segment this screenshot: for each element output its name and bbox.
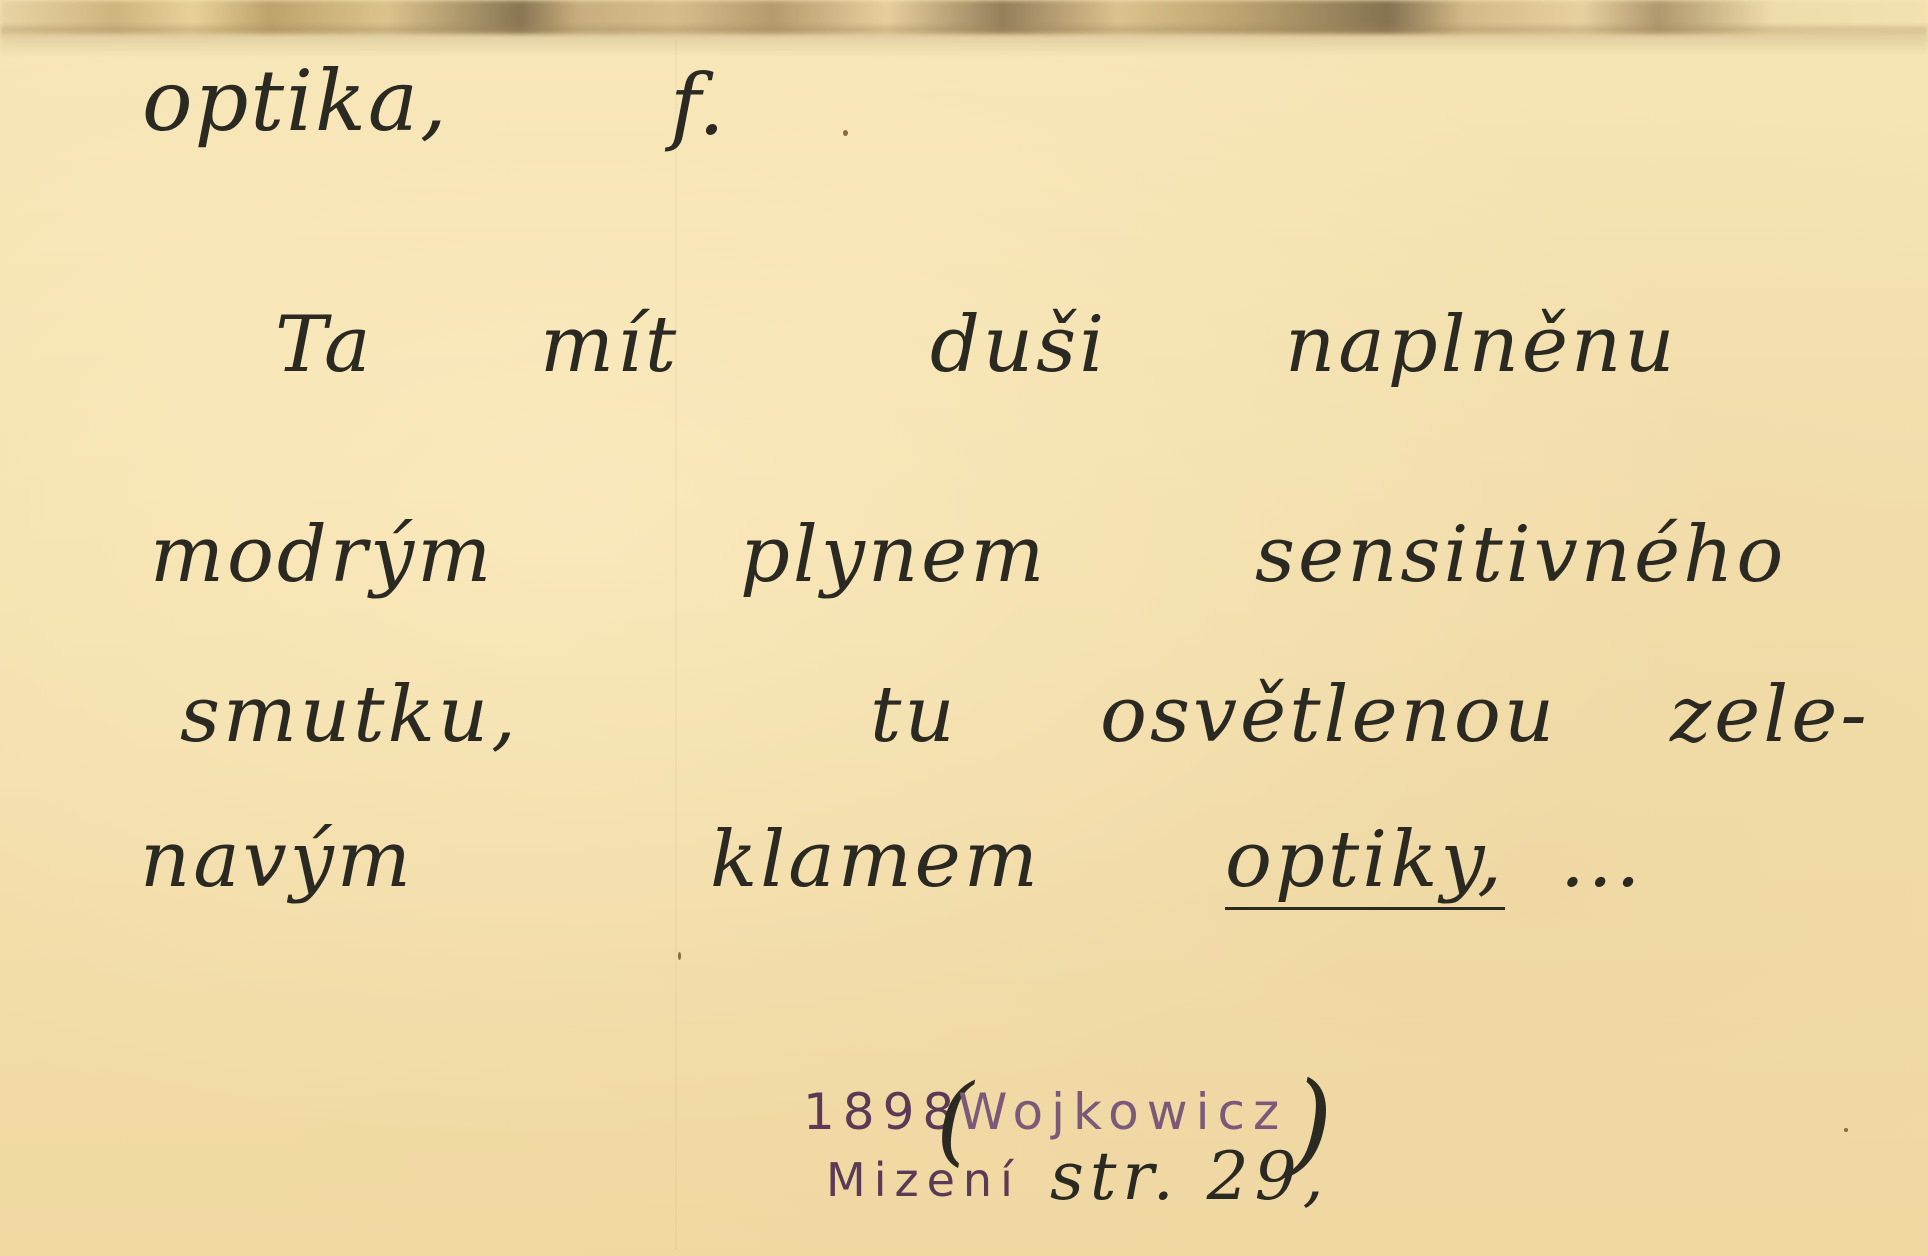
quote-word: Ta [275, 300, 373, 390]
dictionary-slip: optika, f. Ta mít duši naplněnu modrým p… [0, 0, 1928, 1256]
ink-speck [1844, 1128, 1848, 1132]
quote-word: naplněnu [1285, 300, 1677, 390]
quote-word: plynem [740, 510, 1047, 600]
quote-word: mít [540, 300, 679, 390]
gender-label: f. [670, 56, 725, 154]
quote-word: modrým [150, 510, 494, 600]
quote-word: navým [140, 815, 414, 905]
quote-word: osvětlenou [1100, 670, 1557, 760]
quote-word: sensitivného [1255, 510, 1786, 600]
ink-speck [678, 952, 681, 960]
quote-word: duši [930, 300, 1107, 390]
quote-word-underlined: optiky, [1225, 815, 1505, 910]
quote-word: smutku, [180, 670, 519, 760]
stamp-work-title: Mizení [826, 1153, 1021, 1207]
paper-fold-line [675, 40, 677, 1250]
quote-word: zele- [1670, 670, 1870, 760]
ink-speck [843, 130, 848, 136]
stamp-author: Wojkowicz [958, 1083, 1287, 1141]
quote-word: tu [870, 670, 958, 760]
card-top-shadow-strip [0, 0, 1928, 34]
quote-ellipsis: ... [1560, 815, 1643, 905]
headword: optika, [142, 52, 449, 150]
quote-word: klamem [710, 815, 1041, 905]
page-reference: str. 29, [1050, 1138, 1330, 1215]
